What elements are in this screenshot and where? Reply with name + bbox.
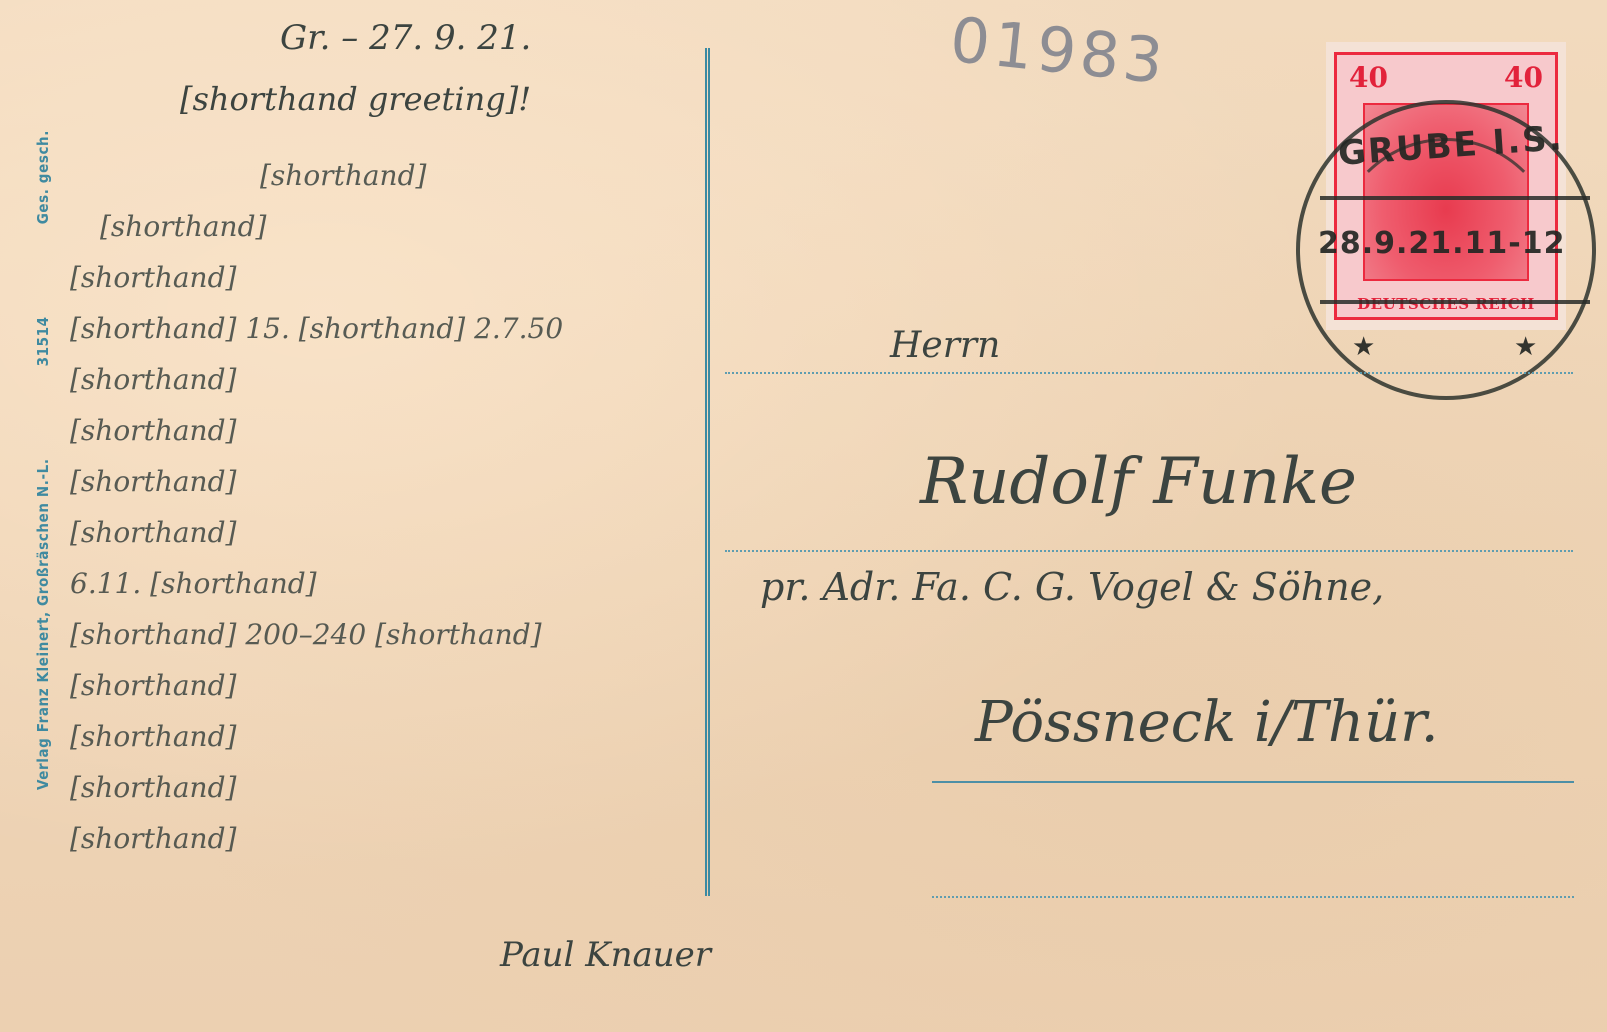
stamp-value-right: 40 [1504, 61, 1543, 94]
postmark-date: 28.9.21.11-12 [1318, 226, 1566, 261]
message-line: [shorthand] [70, 507, 563, 558]
message-line: [shorthand] 15. [shorthand] 2.7.50 [70, 303, 563, 354]
signature: Paul Knauer [500, 935, 711, 975]
message-line: [shorthand] [260, 150, 563, 201]
message-line: [shorthand] [70, 252, 563, 303]
archive-number: 01983 [947, 3, 1171, 98]
message-line: [shorthand] [100, 201, 563, 252]
message-line: [shorthand] 200–240 [shorthand] [70, 609, 563, 660]
message-line: [shorthand] [70, 660, 563, 711]
postmark-star-icon: ★ [1352, 332, 1375, 362]
address-line-4 [932, 896, 1574, 898]
message-line: [shorthand] [70, 711, 563, 762]
message-line: 6.11. [shorthand] [70, 558, 563, 609]
message-date: Gr. – 27. 9. 21. [280, 18, 531, 58]
center-divider-line [705, 48, 710, 896]
address-line-3 [932, 781, 1574, 783]
message-line: [shorthand] [70, 405, 563, 456]
message-body: [shorthand] [shorthand] [shorthand] [sho… [70, 150, 563, 864]
message-line: [shorthand] [70, 456, 563, 507]
address-line-2 [725, 550, 1573, 552]
postmark-place: GRUBE I.S. [1337, 118, 1565, 174]
address-salutation: Herrn [890, 325, 1000, 366]
address-name: Rudolf Funke [920, 445, 1357, 519]
message-greeting: [shorthand greeting]! [180, 80, 531, 118]
address-line-1 [725, 372, 1573, 374]
postmark-star-icon: ★ [1514, 332, 1537, 362]
protection-note: Ges. gesch. [34, 130, 52, 224]
address-care-of: pr. Adr. Fa. C. G. Vogel & Söhne, [760, 565, 1384, 609]
card-number: 31514 [34, 316, 52, 366]
postcard: Verlag Franz Kleinert, Großräschen N.-L.… [0, 0, 1607, 1032]
publisher-name: Verlag Franz Kleinert, Großräschen N.-L. [34, 458, 52, 790]
stamp-value-left: 40 [1349, 61, 1388, 94]
postmark-cancellation: GRUBE I.S. 28.9.21.11-12 ★ ★ [1296, 100, 1596, 400]
address-city: Pössneck i/Thür. [975, 690, 1439, 755]
message-line: [shorthand] [70, 762, 563, 813]
message-line: [shorthand] [70, 813, 563, 864]
publisher-imprint: Verlag Franz Kleinert, Großräschen N.-L.… [34, 130, 52, 790]
message-line: [shorthand] [70, 354, 563, 405]
